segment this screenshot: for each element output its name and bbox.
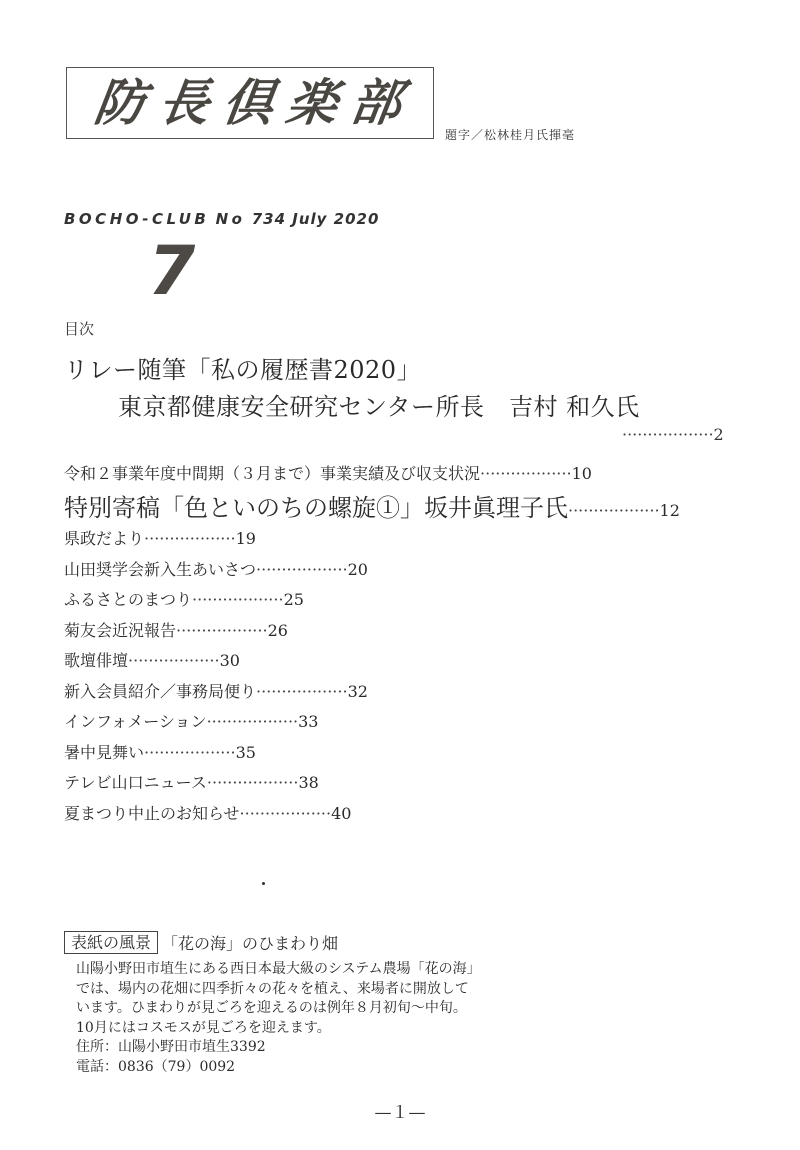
toc-featured-subtitle[interactable]: 東京都健康安全研究センター所長 吉村 和久氏: [118, 387, 640, 422]
issue-no-label: No: [216, 210, 246, 228]
issue-month-year: July 2020: [292, 210, 379, 228]
toc-leader-dots: ··················: [622, 425, 714, 444]
toc-page-number: 25: [284, 590, 304, 609]
cover-heading: 表紙の風景 「花の海」のひまわり畑: [64, 931, 338, 954]
cover-description: 山陽小野田市埴生にある西日本最大級のシステム農場「花の海」 では、場内の花畑に四…: [76, 960, 546, 1077]
issue-line: BOCHO-CLUB No 734 July 2020: [64, 210, 379, 228]
toc-leader-dots: ··················: [176, 621, 268, 640]
toc-leader-dots: ··················: [144, 529, 236, 548]
cover-tag-box: 表紙の風景: [64, 931, 158, 954]
toc-entry[interactable]: 歌壇俳壇··················30: [64, 649, 368, 680]
toc-leader-dots: ··················: [256, 560, 348, 579]
toc-entry-title: 歌壇俳壇: [64, 651, 128, 670]
toc-page-number: 40: [331, 804, 351, 823]
toc-page-number: 12: [660, 501, 680, 520]
toc-leader-dots: ··················: [144, 743, 236, 762]
toc-entry[interactable]: 山田奨学会新入生あいさつ··················20: [64, 558, 368, 589]
toc-entry-title: 特別寄稿「色といのちの螺旋①」坂井眞理子氏: [64, 494, 568, 522]
toc-entry[interactable]: 新入会員紹介／事務局便り··················32: [64, 680, 368, 711]
page-number: —１—: [0, 1098, 800, 1123]
cover-line: います。ひまわりが見ごろを迎えるのは例年８月初旬～中旬。: [76, 999, 546, 1019]
toc-entry[interactable]: インフォメーション··················33: [64, 710, 368, 741]
toc-page-number: 35: [236, 743, 256, 762]
toc-page-number: 2: [714, 425, 724, 444]
toc-featured-page[interactable]: ··················2: [622, 425, 724, 444]
toc-page-number: 30: [220, 651, 240, 670]
title-calligraphy-box: 防長倶楽部: [66, 67, 434, 139]
issue-month-number: 7: [148, 238, 195, 306]
toc-leader-dots: ··················: [480, 464, 572, 483]
toc-entry-title: ふるさとのまつり: [64, 590, 192, 609]
toc-leader-dots: ··················: [207, 712, 299, 731]
toc-leader-dots: ··················: [192, 590, 284, 609]
toc-page-number: 32: [348, 682, 368, 701]
toc-list: 県政だより··················19 山田奨学会新入生あいさつ··…: [64, 527, 368, 832]
toc-entry[interactable]: テレビ山口ニュース··················38: [64, 771, 368, 802]
toc-entry-title: 菊友会近況報告: [64, 621, 176, 640]
toc-entry-title: 新入会員紹介／事務局便り: [64, 682, 256, 701]
toc-entry[interactable]: 菊友会近況報告··················26: [64, 619, 368, 650]
toc-entry-special[interactable]: 特別寄稿「色といのちの螺旋①」坂井眞理子氏··················1…: [64, 488, 680, 523]
toc-entry-title: 県政だより: [64, 529, 144, 548]
toc-page-number: 38: [298, 773, 318, 792]
toc-entry-title: 夏まつり中止のお知らせ: [64, 804, 240, 823]
issue-number: 734: [252, 210, 286, 228]
toc-leader-dots: ··················: [128, 651, 220, 670]
toc-entry-report[interactable]: 令和２事業年度中間期（３月まで）事業実績及び収支状況··············…: [64, 461, 592, 484]
toc-entry[interactable]: 暑中見舞い··················35: [64, 741, 368, 772]
cover-line: では、場内の花畑に四季折々の花々を植え、来場者に開放して: [76, 980, 546, 1000]
cover-title: 「花の海」のひまわり畑: [162, 931, 338, 954]
toc-entry-title: テレビ山口ニュース: [64, 773, 207, 792]
toc-leader-dots: ··················: [568, 501, 660, 520]
toc-page-number: 10: [572, 464, 592, 483]
toc-leader-dots: ··················: [240, 804, 332, 823]
toc-page-number: 33: [298, 712, 318, 731]
stray-mark: [262, 882, 265, 885]
toc-entry[interactable]: 夏まつり中止のお知らせ··················40: [64, 802, 368, 833]
toc-leader-dots: ··················: [207, 773, 299, 792]
toc-page-number: 20: [348, 560, 368, 579]
toc-entry-title: インフォメーション: [64, 712, 207, 731]
toc-entry-title: 令和２事業年度中間期（３月まで）事業実績及び収支状況: [64, 464, 480, 483]
title-calligraphy: 防長倶楽部: [81, 78, 418, 128]
cover-phone: 電話：0836（79）0092: [76, 1058, 546, 1078]
cover-line: 山陽小野田市埴生にある西日本最大級のシステム農場「花の海」: [76, 960, 546, 980]
toc-entry[interactable]: ふるさとのまつり··················25: [64, 588, 368, 619]
toc-entry-title: 山田奨学会新入生あいさつ: [64, 560, 256, 579]
toc-entry-title: 暑中見舞い: [64, 743, 144, 762]
toc-featured-title[interactable]: リレー随筆「私の履歴書2020」: [64, 350, 421, 385]
toc-heading: 目次: [64, 318, 94, 339]
toc-page-number: 19: [236, 529, 256, 548]
cover-line: 10月にはコスモスが見ごろを迎えます。: [76, 1019, 546, 1039]
issue-brand: BOCHO-CLUB: [64, 210, 209, 228]
cover-address: 住所：山陽小野田市埴生3392: [76, 1038, 546, 1058]
title-credit: 題字／松林桂月氏揮毫: [445, 126, 575, 143]
toc-page-number: 26: [268, 621, 288, 640]
toc-leader-dots: ··················: [256, 682, 348, 701]
toc-entry[interactable]: 県政だより··················19: [64, 527, 368, 558]
